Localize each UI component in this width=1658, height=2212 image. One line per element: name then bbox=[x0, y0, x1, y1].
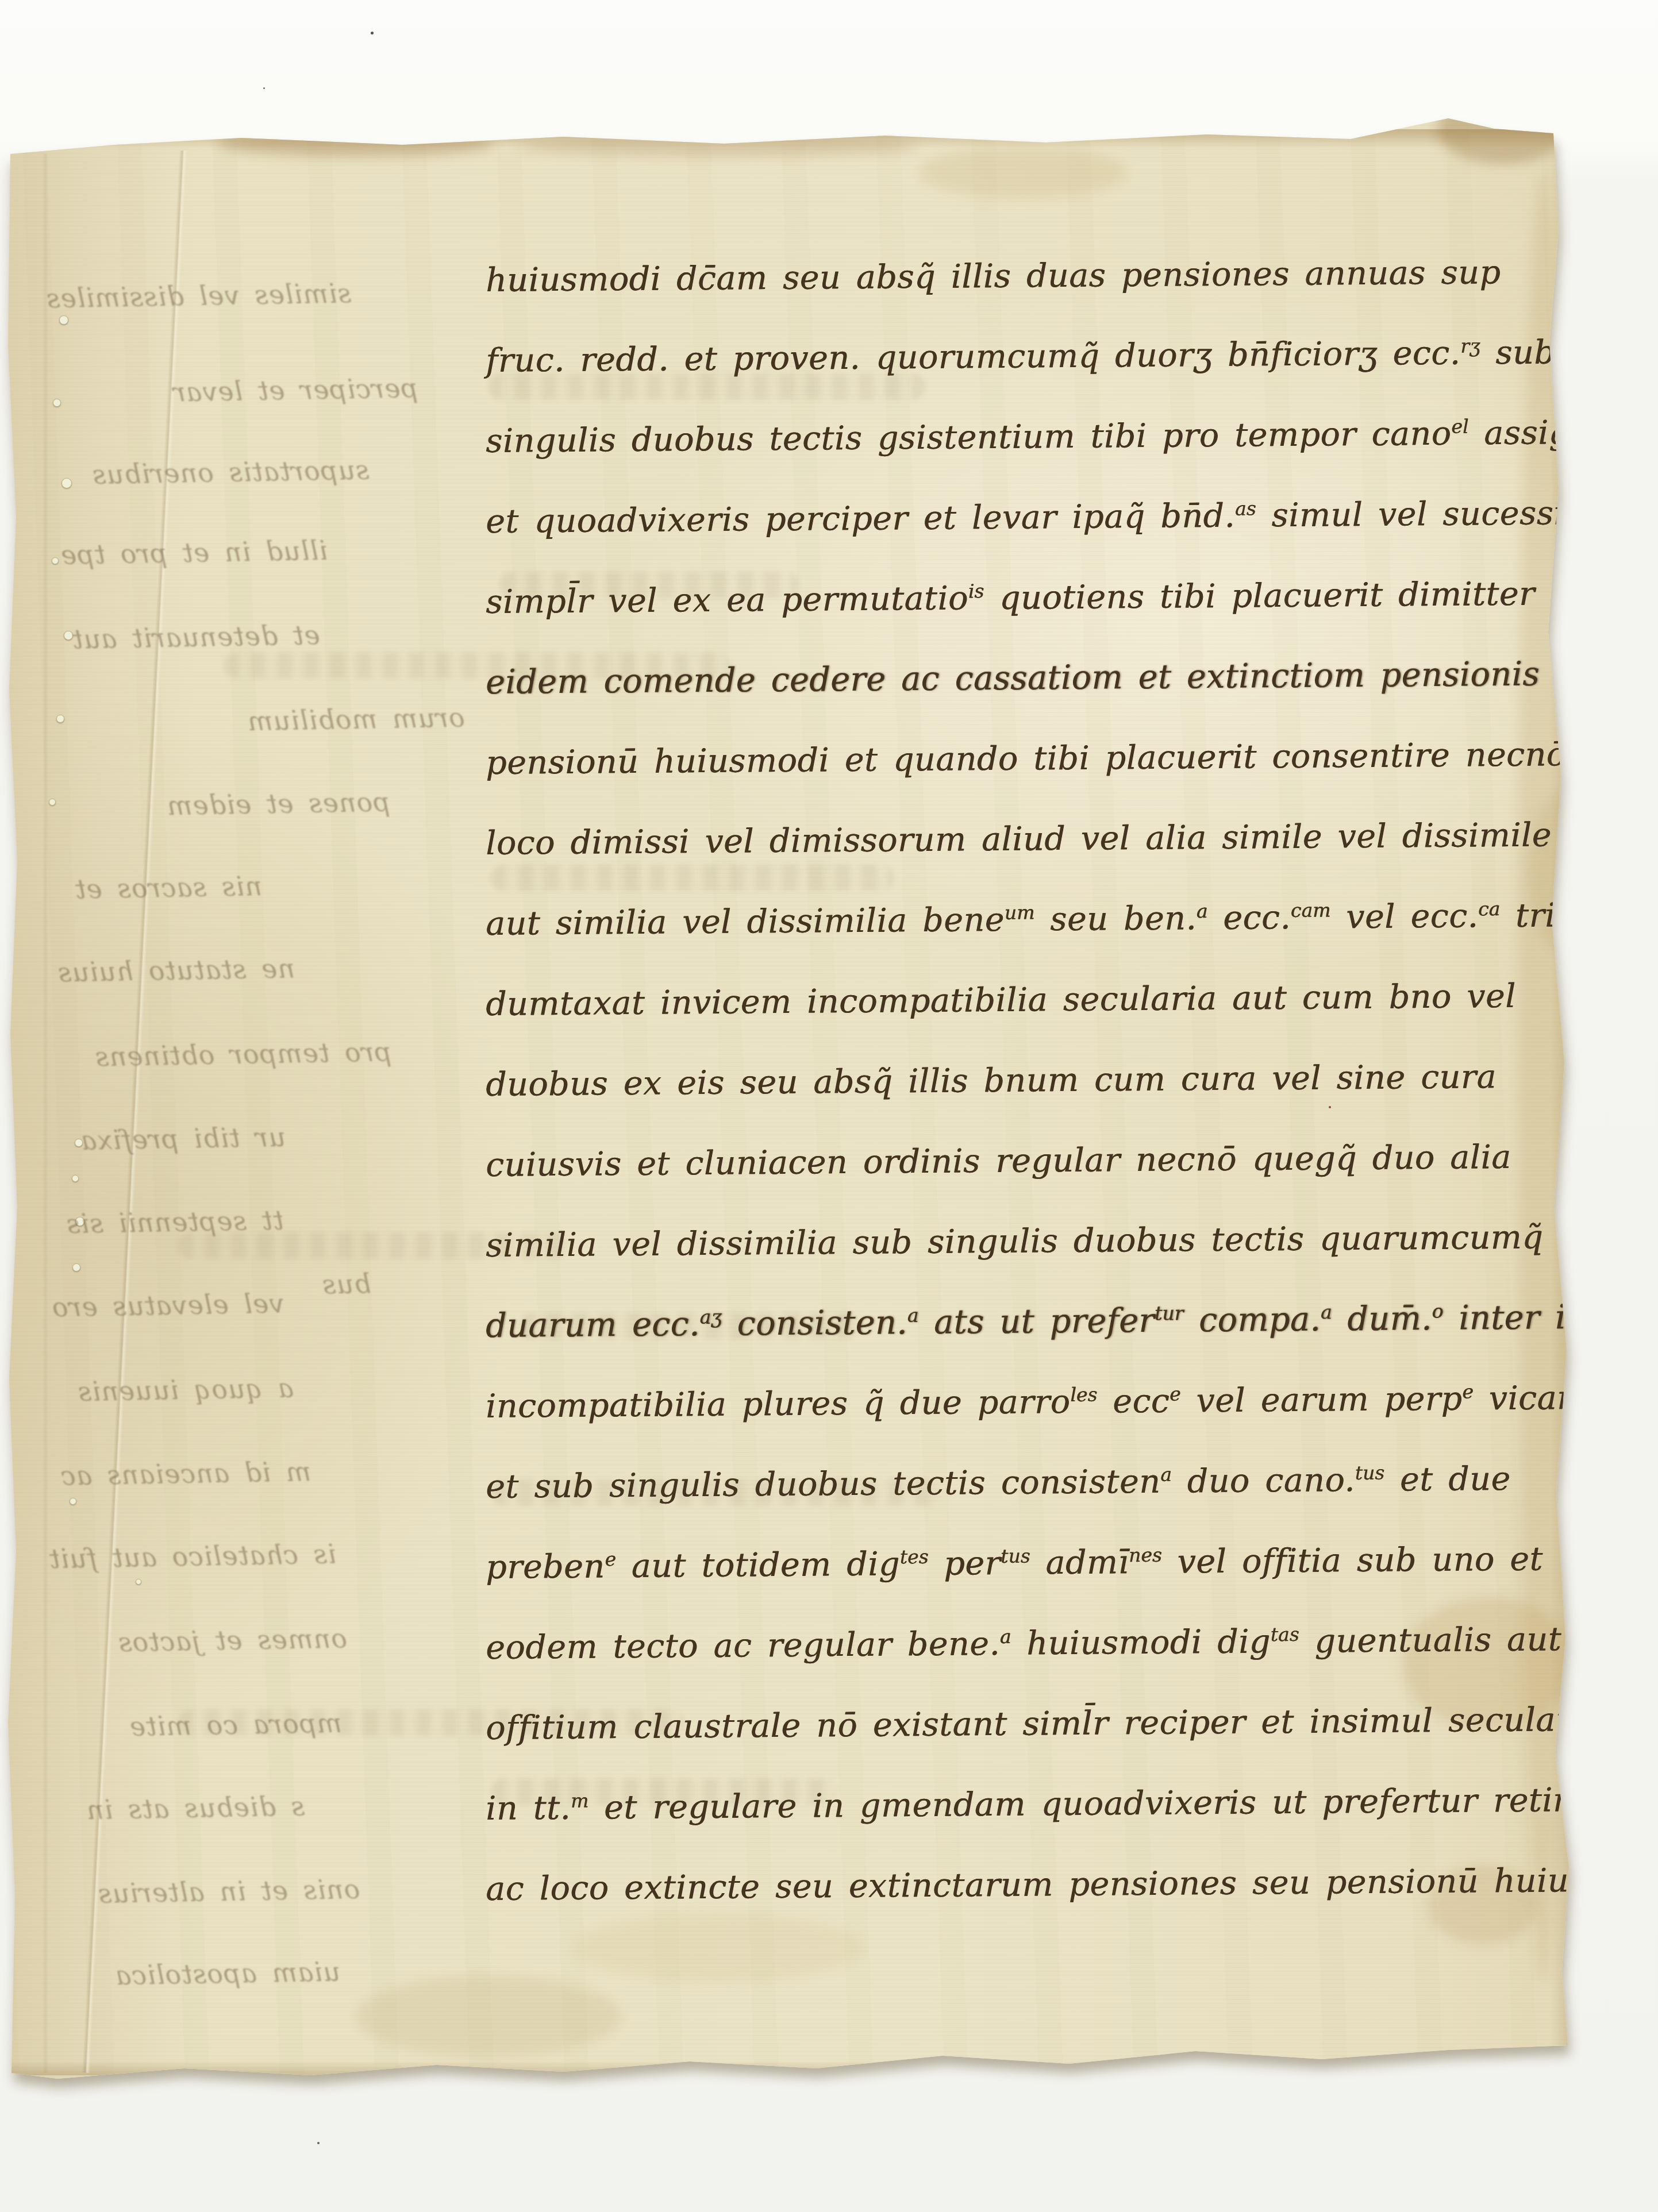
manuscript-line: incompatibilia plures q̃ due parroles ec… bbox=[486, 1379, 1603, 1425]
manuscript-line: loco dimissi vel dimissorum aliud vel al… bbox=[486, 816, 1552, 862]
manuscript-line: cuiusvis et cluniacen ordinis regular ne… bbox=[486, 1138, 1511, 1184]
manuscript-line: et sub singulis duobus tectis consistena… bbox=[486, 1460, 1511, 1506]
scanner-bed-background: similes vel dissimilesperciper et levars… bbox=[0, 0, 1658, 2212]
manuscript-line: singulis duobus tectis gsistentium tibi … bbox=[486, 414, 1599, 460]
manuscript-line: et quoadvixeris perciper et levar ipaq̃ … bbox=[486, 494, 1603, 541]
manuscript-line: similia vel dissimilia sub singulis duob… bbox=[486, 1219, 1544, 1265]
manuscript-page: similes vel dissimilesperciper et levars… bbox=[0, 0, 1658, 2212]
main-text-block: huiusmodi dc̄am seu absq̃ illis duas pen… bbox=[0, 0, 1658, 2212]
dust-speck bbox=[1329, 1106, 1331, 1108]
manuscript-line: fruc. redd. et proven. quorumcumq̃ duorʒ… bbox=[486, 333, 1556, 380]
manuscript-line: aut similia vel dissimilia beneum seu be… bbox=[486, 896, 1576, 943]
manuscript-line: in tt.m et regulare in gmendam quoadvixe… bbox=[486, 1781, 1610, 1828]
dust-speck bbox=[263, 87, 265, 89]
manuscript-line: dumtaxat invicem incompatibilia seculari… bbox=[486, 977, 1516, 1023]
manuscript-line: eodem tecto ac regular bene.a huiusmodi … bbox=[486, 1620, 1561, 1667]
manuscript-line: prebene aut totidem digtes pertus admīn… bbox=[486, 1540, 1543, 1586]
manuscript-page-wrapper: similes vel dissimilesperciper et levars… bbox=[0, 0, 1658, 2212]
manuscript-line: ac loco extincte seu extinctarum pension… bbox=[486, 1861, 1658, 1908]
dust-speck bbox=[317, 2142, 320, 2144]
manuscript-line: offitium claustrale nō existant siml̄r … bbox=[486, 1701, 1602, 1747]
manuscript-line: eidem comende cedere ac cassatiom et ext… bbox=[486, 655, 1613, 702]
manuscript-line: huiusmodi dc̄am seu absq̃ illis duas pen… bbox=[486, 253, 1501, 299]
manuscript-line: duarum ecc.aʒ consisten.a ats ut prefert… bbox=[486, 1298, 1607, 1345]
manuscript-line: simpl̄r vel ex ea permutatiois quotiens … bbox=[486, 575, 1583, 621]
dust-speck bbox=[371, 32, 374, 34]
manuscript-line: pensionū huiusmodi et quando tibi placu… bbox=[486, 735, 1567, 782]
manuscript-line: duobus ex eis seu absq̃ illis bnum cum c… bbox=[486, 1058, 1497, 1104]
